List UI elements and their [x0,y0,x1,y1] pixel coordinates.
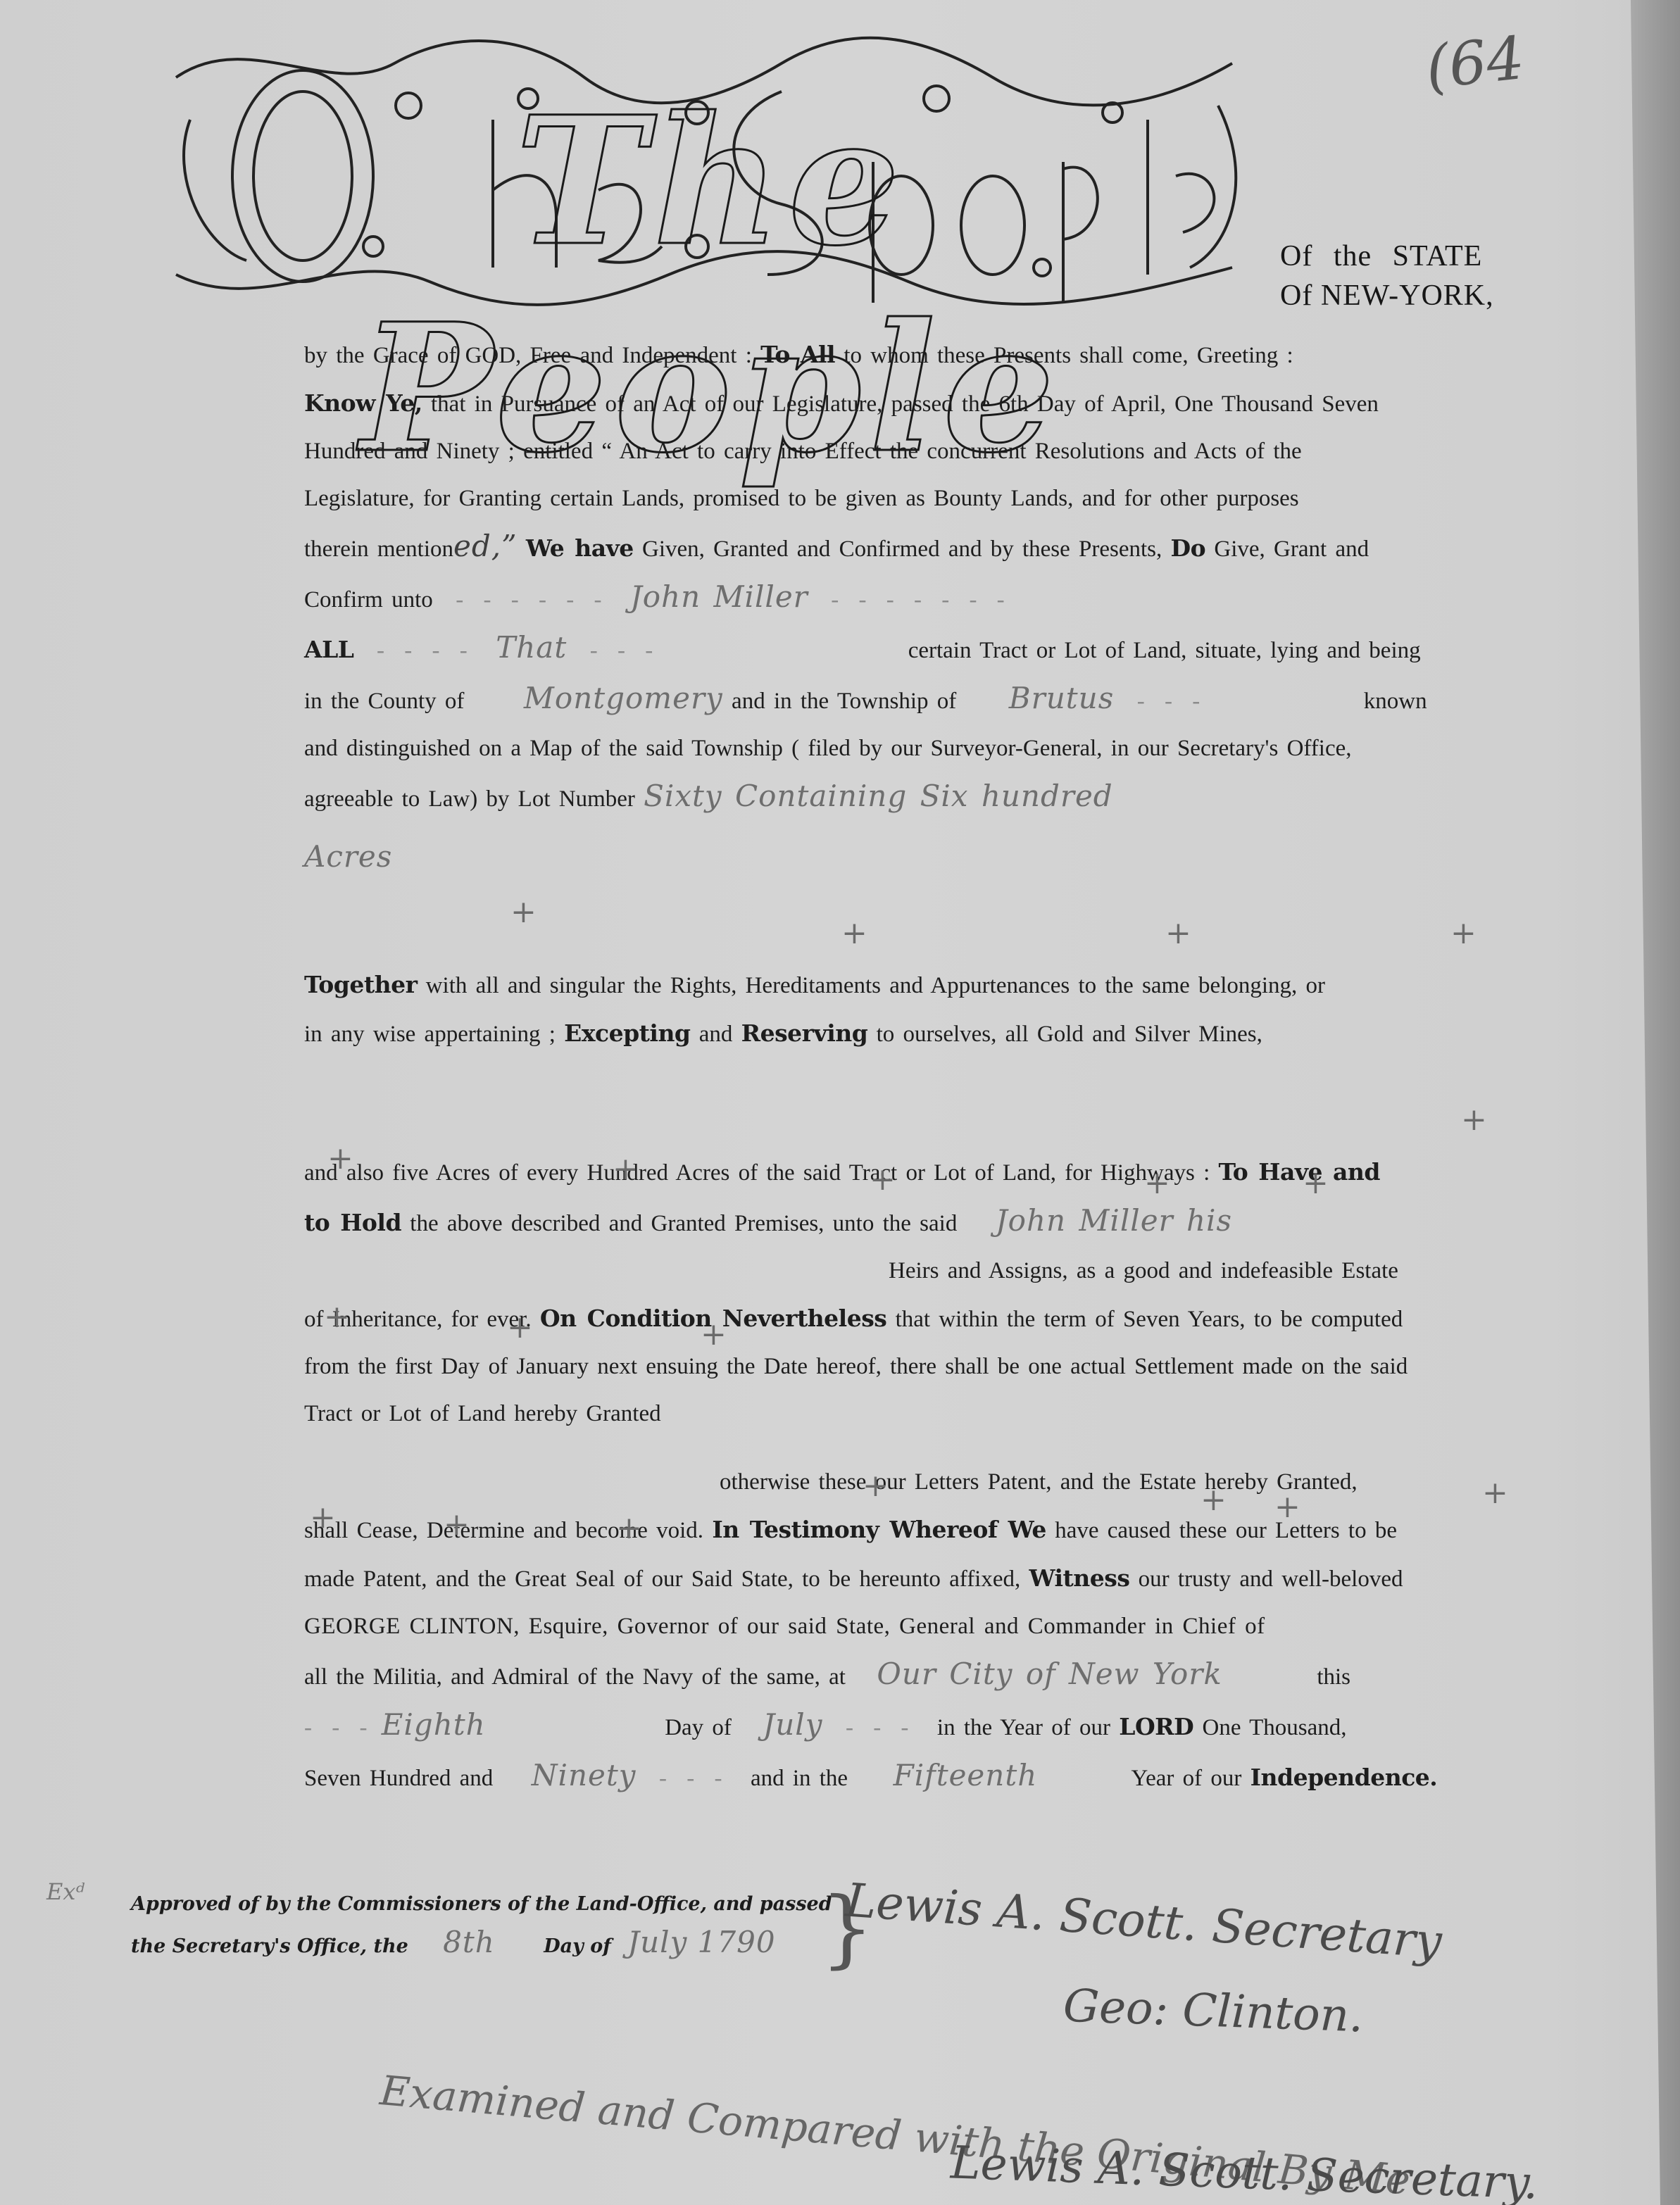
body-line: therein mentioned,” We have Given, Grant… [304,522,1529,573]
fill-dash: - - - [1123,689,1206,714]
year-value: Ninety [532,1758,637,1792]
approval-line-2: the Secretary's Office, the 8th Day of J… [131,1923,835,1966]
fill-dash: - - - - [363,638,487,663]
calligraphic-banner: The People [162,35,1260,310]
page-edge-shadow [1631,0,1680,2205]
margin-note: Exᵈ [46,1878,84,1905]
body-line: and distinguished on a Map of the said T… [304,725,1529,772]
day-value: Eighth [382,1707,486,1742]
body-line: all the Militia, and Admiral of the Navy… [304,1650,1529,1701]
township-value: Brutus [1009,681,1114,715]
approval-line-1: Approved of by the Commissioners of the … [131,1885,835,1923]
body-line: by the Grace of GOD, Free and Independen… [304,331,1529,379]
approval-day: 8th [443,1925,495,1959]
body-line: and also five Acres of every Hundred Acr… [304,1148,1529,1197]
secretary-signature: Lewis A. Scott. Secretary [844,1873,1443,1969]
fill-dash: - - - - - - [441,587,622,612]
body-line: Know Ye, that in Pursuance of an Act of … [304,379,1529,428]
body-line: - - - Eighth Day of July - - - in the Ye… [304,1701,1529,1752]
body-line: Tract or Lot of Land hereby Granted [304,1390,1529,1438]
fill-dash: - - - [832,1715,929,1740]
body-line: Acres [304,833,1529,884]
body-line: in any wise appertaining ; Excepting and… [304,1010,1529,1058]
approval-block: Approved of by the Commissioners of the … [131,1885,835,1966]
fill-dash: - - - [575,638,658,663]
state-heading: Of the STATE Of NEW-YORK, [1280,237,1494,315]
body-line: Legislature, for Granting certain Lands,… [304,475,1529,522]
fill-dash: - - - [645,1766,742,1791]
folio-number: (64 [1422,23,1527,102]
independence-year-value: Fifteenth [894,1758,1038,1792]
secretary-signature-2: Lewis A. Scott. Secretary. [950,2137,1539,2205]
body-line: to Hold the above described and Granted … [304,1197,1529,1248]
state-line-2: Of NEW-YORK, [1280,276,1494,315]
governor-signature: Geo: Clinton. [1062,1980,1365,2043]
approval-date: July 1790 [627,1925,775,1959]
body-line: Hundred and Ninety ; entitled “ An Act t… [304,428,1529,475]
county-value: Montgomery [524,681,723,715]
body-line: from the first Day of January next ensui… [304,1343,1529,1390]
patent-body: by the Grace of GOD, Free and Independen… [304,331,1529,1802]
body-line: Confirm unto - - - - - - John Miller - -… [304,573,1529,624]
body-line: Seven Hundred and Ninety - - - and in th… [304,1752,1529,1802]
place-value: Our City of New York [877,1657,1222,1691]
body-line: in the County of Montgomery and in the T… [304,674,1529,725]
fill-dash: - - - [304,1715,372,1740]
body-line: agreeable to Law) by Lot Number Sixty Co… [304,772,1529,823]
body-line: of Inheritance, for ever. On Condition N… [304,1295,1529,1343]
body-line: ALL - - - - That - - - certain Tract or … [304,624,1529,674]
body-line: otherwise these our Letters Patent, and … [304,1459,1529,1506]
grantee-name: John Miller [630,579,808,614]
state-line-1: Of the STATE [1280,237,1494,276]
fill-dash: - - - - - - - [817,587,1010,612]
body-line: GEORGE CLINTON, Esquire, Governor of our… [304,1603,1529,1650]
body-line: shall Cease, Determine and become void. … [304,1506,1529,1554]
lot-number-value: Sixty Containing Six hundred [644,779,1113,813]
body-line: Heirs and Assigns, as a good and indefea… [304,1248,1529,1295]
document-page: (64 The People [0,0,1680,2205]
body-line: Together with all and singular the Right… [304,961,1529,1010]
month-value: July [763,1707,822,1742]
body-line: made Patent, and the Great Seal of our S… [304,1554,1529,1603]
